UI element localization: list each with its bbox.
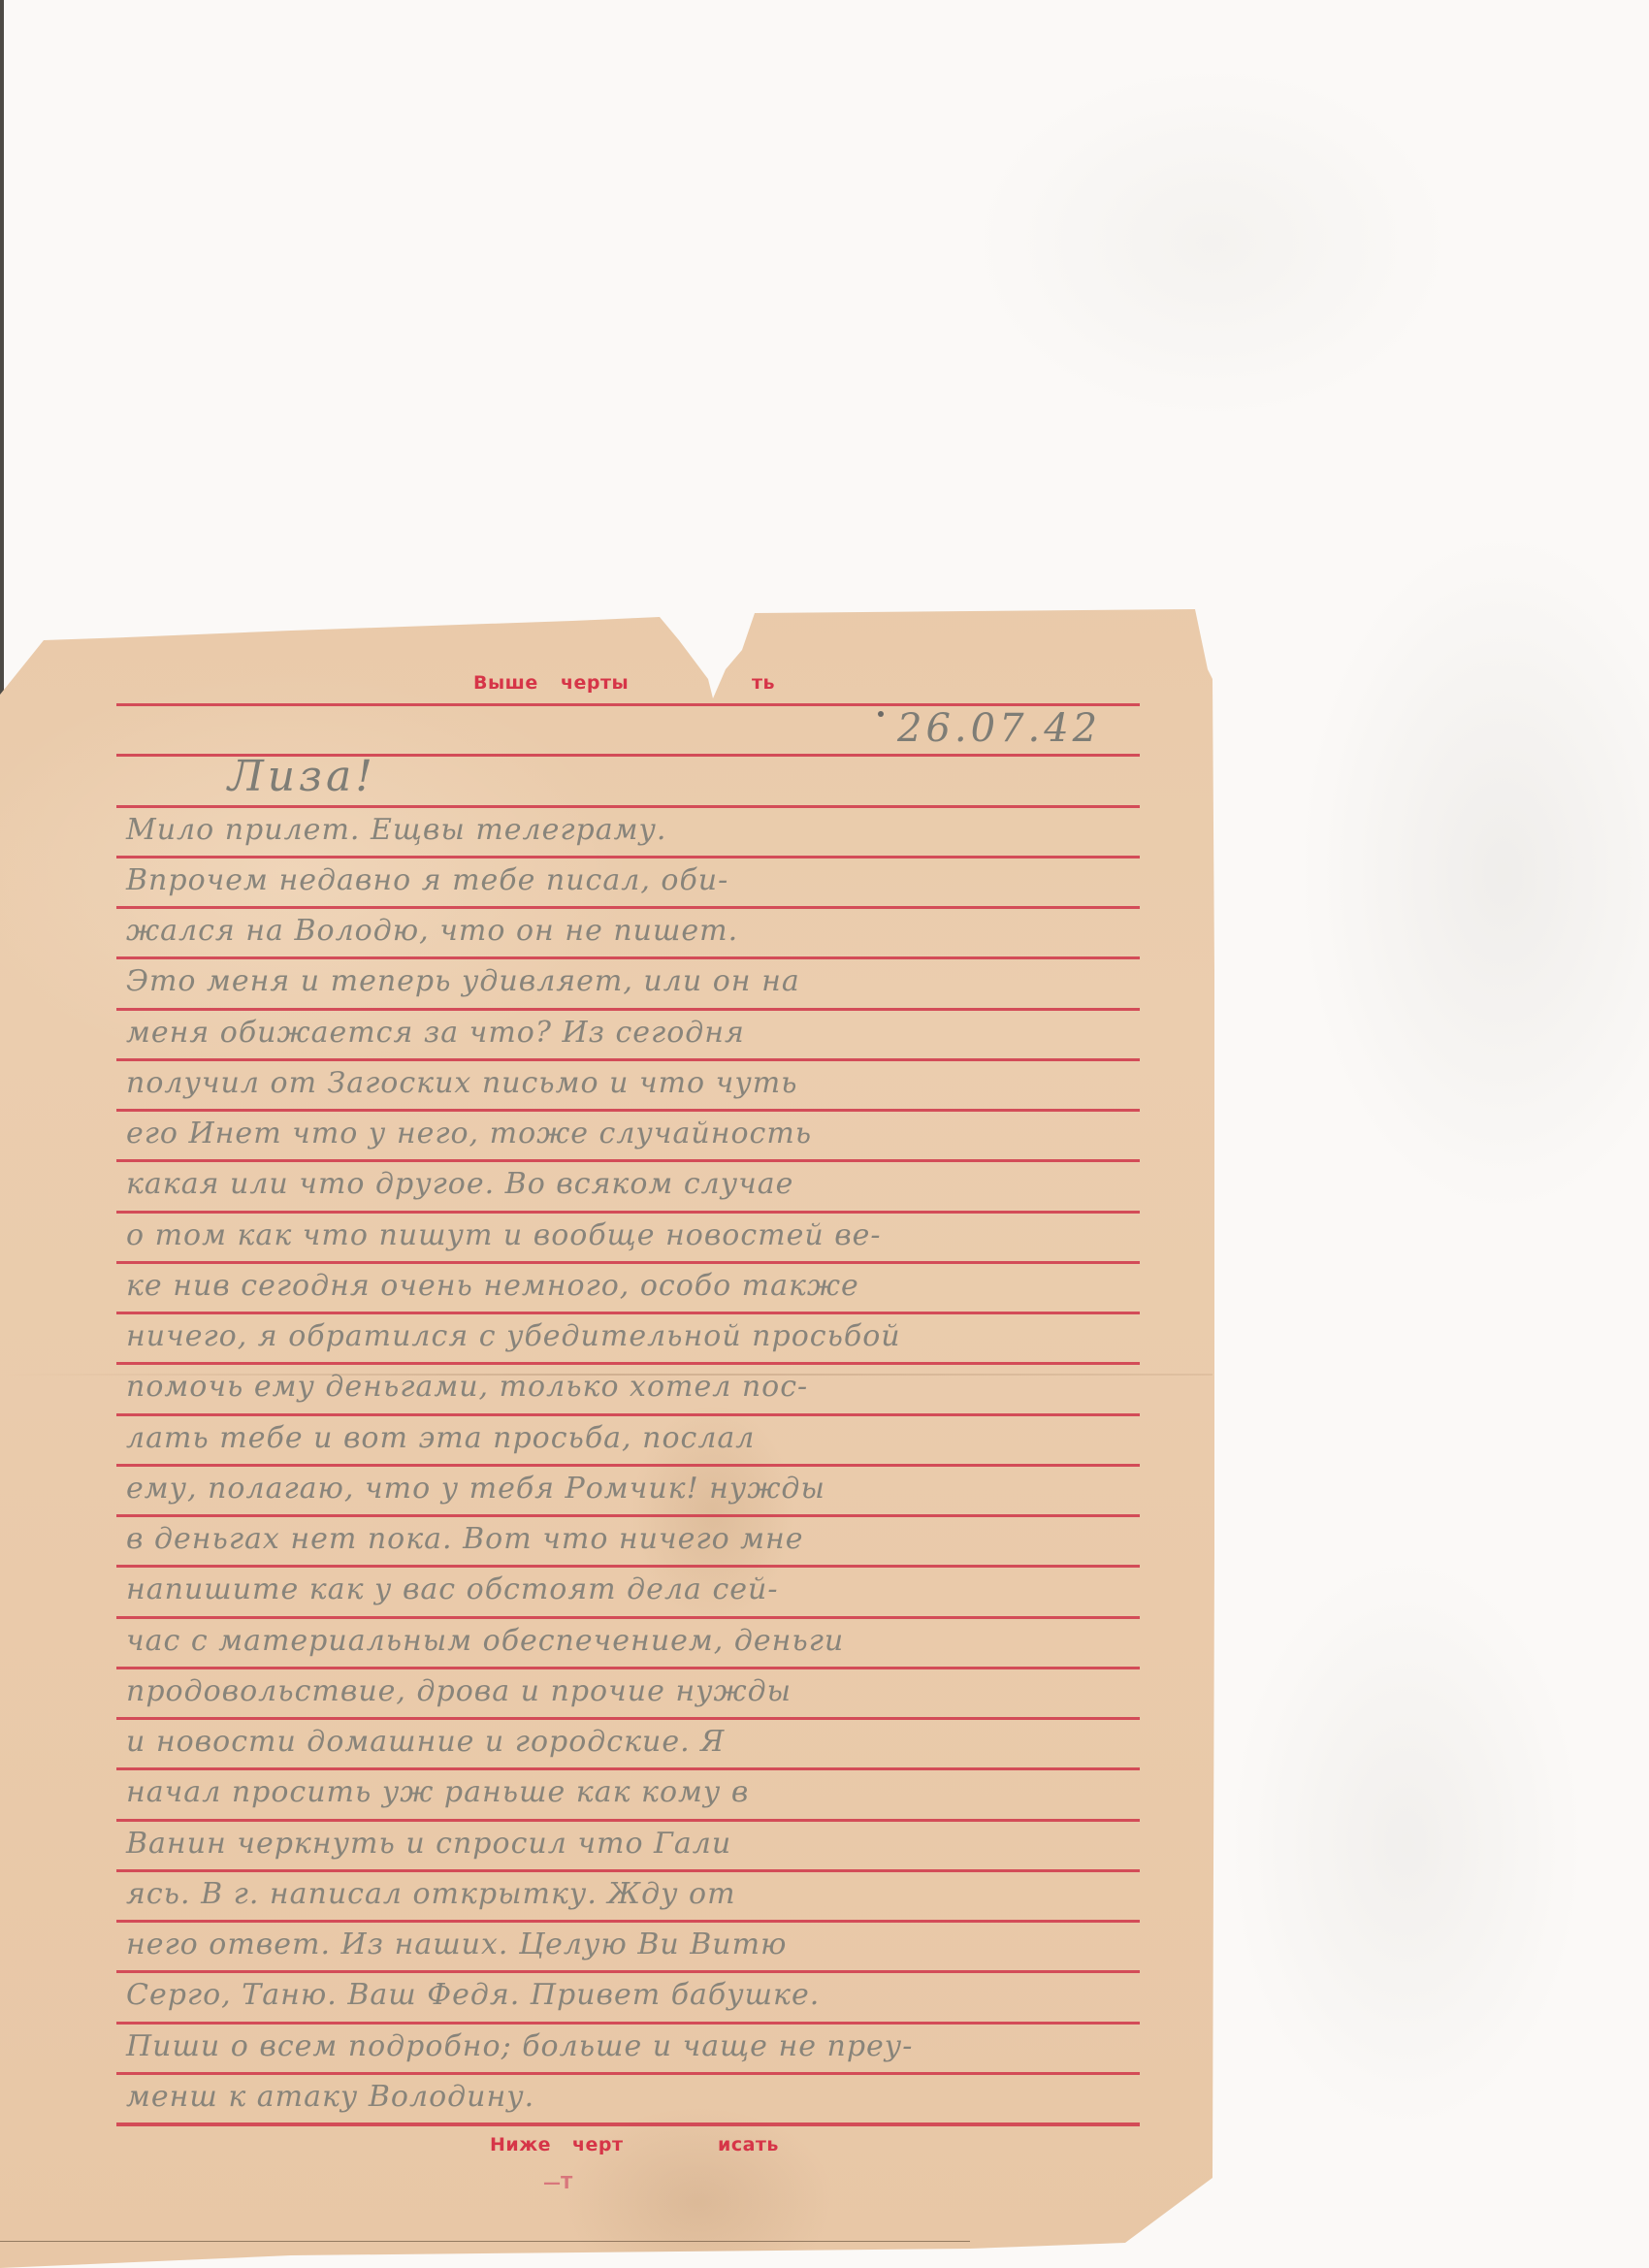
handwritten-line: Мило прилет. Ещвы телеграму. — [126, 813, 1154, 847]
ruled-line — [116, 856, 1140, 859]
handwritten-line: Ванин черкнуть и спросил что Гали — [126, 1827, 1154, 1861]
ruled-line — [116, 1819, 1140, 1822]
handwritten-line: час с материальным обеспечением, деньги — [126, 1624, 1154, 1658]
printed-header-right: ть — [752, 672, 775, 694]
ruled-line — [116, 906, 1140, 909]
handwritten-line: получил от Загоских письмо и что чуть — [126, 1066, 1154, 1100]
printed-footer-mid: черт — [572, 2134, 624, 2155]
ruled-line — [116, 1970, 1140, 1973]
handwritten-line: в деньгах нет пока. Вот что ничего мне — [126, 1522, 1154, 1556]
handwritten-line: о том как что пишут и вообще новостей ве… — [126, 1218, 1154, 1252]
handwritten-line: продовольствие, дрова и прочие нужды — [126, 1674, 1154, 1708]
ruled-line — [116, 1008, 1140, 1011]
handwritten-line: помочь ему деньгами, только хотел пос- — [126, 1370, 1154, 1404]
ruled-line — [116, 2122, 1140, 2126]
ruled-line — [116, 1616, 1140, 1619]
handwritten-line: какая или что другое. Во всяком случае — [126, 1167, 1154, 1201]
handwritten-line: его Инет что у него, тоже случайность — [126, 1117, 1154, 1150]
ruled-line — [116, 1767, 1140, 1770]
ruled-line — [116, 1109, 1140, 1112]
ruled-line — [116, 1362, 1140, 1365]
printed-footer-left: Ниже — [490, 2134, 551, 2155]
handwritten-line: менш к атаку Володину. — [126, 2080, 1154, 2114]
letter-greeting: Лиза! — [228, 752, 376, 801]
ruled-line — [116, 956, 1140, 959]
handwritten-line: него ответ. Из наших. Целую Ви Витю — [126, 1928, 1154, 1961]
ink-speck — [878, 711, 884, 717]
ruled-line — [116, 1058, 1140, 1061]
ruled-line — [116, 2072, 1140, 2075]
handwritten-line: начал просить уж раньше как кому в — [126, 1775, 1154, 1809]
ruled-line — [116, 1211, 1140, 1214]
handwritten-line: ничего, я обратился с убедительной прось… — [126, 1319, 1154, 1353]
handwritten-line: и новости домашние и городские. Я — [126, 1725, 1154, 1759]
ruled-line — [116, 1565, 1140, 1568]
ruled-line — [116, 1667, 1140, 1669]
faded-stamp: —Т — [543, 2173, 621, 2212]
handwritten-line: напишите как у вас обстоят дела сей- — [126, 1572, 1154, 1606]
printed-footer-right: исать — [718, 2134, 779, 2155]
letter-date: 26.07.42 — [897, 706, 1101, 751]
ruled-line — [116, 805, 1140, 808]
ruled-line — [116, 1261, 1140, 1264]
ruled-line — [116, 1514, 1140, 1517]
handwritten-line: меня обижается за что? Из сегодня — [126, 1016, 1154, 1050]
handwritten-line: Впрочем недавно я тебе писал, оби- — [126, 863, 1154, 897]
handwritten-line: ясь. В г. написал открытку. Жду от — [126, 1877, 1154, 1911]
handwritten-line: ке нив сегодня очень немного, особо такж… — [126, 1269, 1154, 1303]
paper-bottom-fold — [0, 2241, 970, 2242]
handwritten-line: Это меня и теперь удивляет, или он на — [126, 964, 1154, 998]
handwritten-line: ему, полагаю, что у тебя Ромчик! нужды — [126, 1472, 1154, 1506]
handwritten-line: Пиши о всем подробно; больше и чаще не п… — [126, 2029, 1154, 2063]
printed-header-left: Выше — [473, 672, 538, 694]
ruled-line — [116, 1312, 1140, 1314]
handwritten-line: жался на Володю, что он не пишет. — [126, 914, 1154, 948]
handwritten-line: лать тебе и вот эта просьба, послал — [126, 1421, 1154, 1455]
handwritten-line: Серго, Таню. Ваш Федя. Привет бабушке. — [126, 1978, 1154, 2012]
ruled-line — [116, 1159, 1140, 1162]
printed-header-mid: черты — [561, 672, 629, 694]
ruled-line — [116, 1413, 1140, 1416]
ruled-line — [116, 1869, 1140, 1872]
ruled-line — [116, 1717, 1140, 1720]
ruled-line — [116, 1464, 1140, 1467]
ruled-line — [116, 2022, 1140, 2025]
ruled-line — [116, 1920, 1140, 1923]
scanner-edge-strip — [0, 0, 4, 695]
